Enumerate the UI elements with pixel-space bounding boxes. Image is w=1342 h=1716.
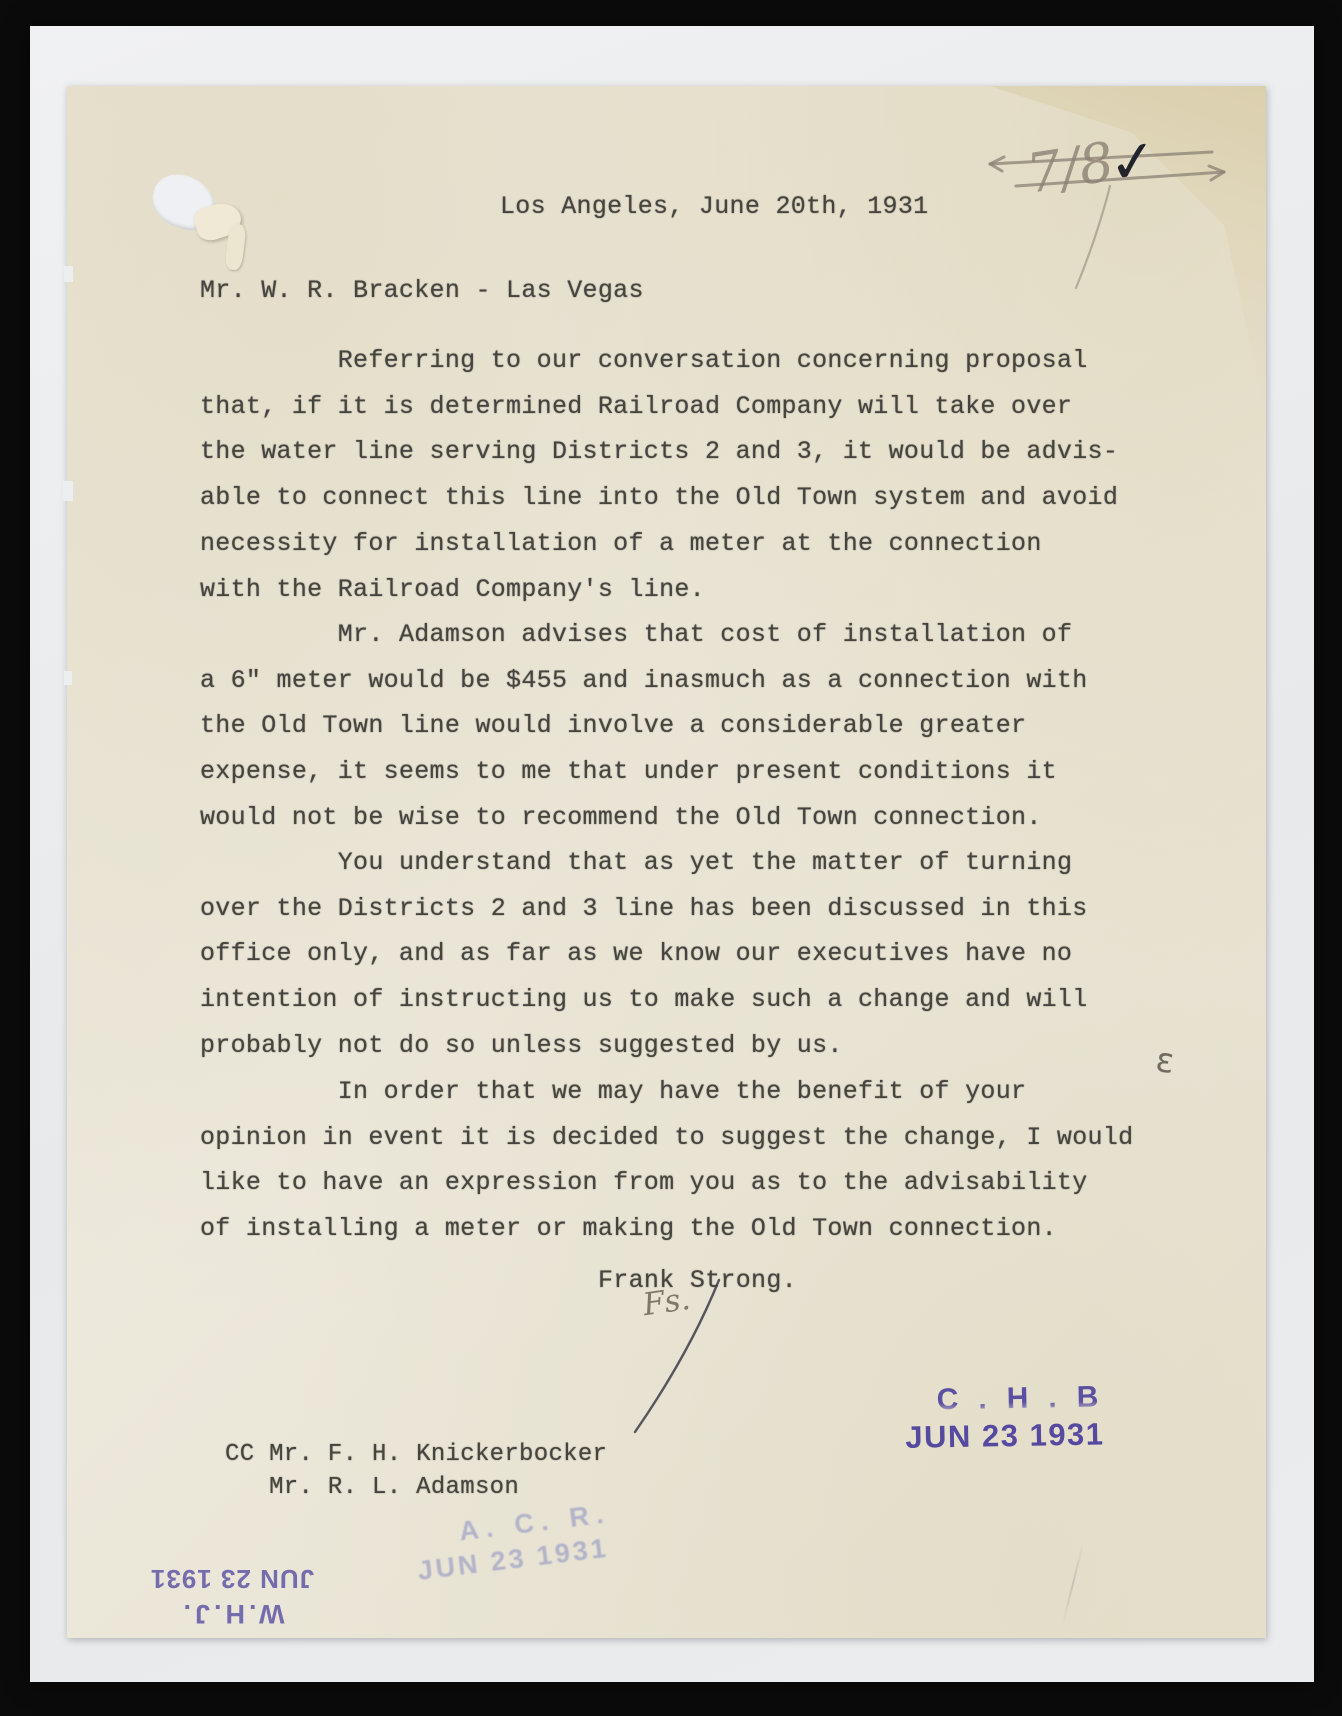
cc-list: CC Mr. F. H. Knickerbocker Mr. R. L. Ada…: [225, 1438, 607, 1504]
paper-notch: [64, 266, 73, 282]
pen-slash-group: [623, 1276, 733, 1446]
stamp-whj-date: JUN 23 1931: [117, 1563, 347, 1594]
dateline: Los Angeles, June 20th, 1931: [500, 184, 928, 230]
pencil-tail-stroke: [1076, 186, 1110, 288]
paper-notch: [63, 481, 73, 501]
pencil-annotation-group: 7/8 ✓: [960, 116, 1260, 416]
stamp-whj-initials: W.H.J.: [117, 1598, 347, 1629]
stamp-received-chb: C.H.B JUN 23 1931: [904, 1380, 1119, 1456]
stamp-chb-initials: C.H.B: [936, 1380, 1118, 1417]
body-paragraph-3: You understand that as yet the matter of…: [200, 840, 1210, 1069]
body-paragraph-2: Mr. Adamson advises that cost of install…: [200, 612, 1210, 841]
addressee-line: Mr. W. R. Bracken - Las Vegas: [200, 268, 644, 314]
stamp-received-whj-inverted: W.H.J. JUN 23 1931: [117, 1563, 347, 1629]
pencil-page-number: 7/8: [1022, 130, 1118, 206]
body-paragraph-4: In order that we may have the benefit of…: [200, 1069, 1210, 1252]
checkmark-icon: ✓: [1105, 125, 1160, 198]
paper-notch: [64, 671, 72, 685]
paper-crease-line: [1062, 1542, 1085, 1625]
stamp-received-acr: A. C. R. JUN 23 1931: [412, 1498, 616, 1587]
stamp-chb-date: JUN 23 1931: [905, 1416, 1119, 1456]
letter-paper: Los Angeles, June 20th, 1931 Mr. W. R. B…: [67, 86, 1266, 1638]
pen-slash-mark: [635, 1280, 719, 1432]
